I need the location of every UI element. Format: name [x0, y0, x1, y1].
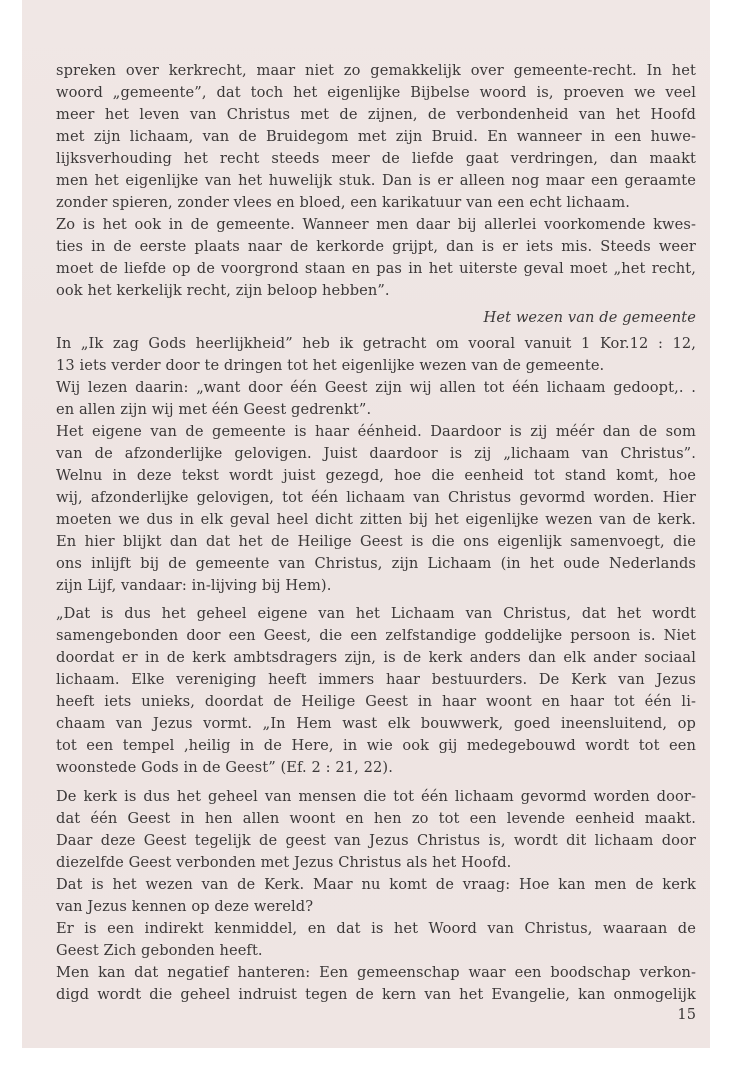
text-line: ook het kerkelijk recht, zijn beloop heb… [56, 280, 696, 302]
text-line: Het eigene van de gemeente is haar éénhe… [56, 421, 696, 443]
text-line: wij, afzonderlijke gelovigen, tot één li… [56, 487, 696, 509]
text-line: samengebonden door een Geest, die een ze… [56, 625, 696, 647]
text-line: lichaam. Elke vereniging heeft immers ha… [56, 669, 696, 691]
paragraph: Zo is het ook in de gemeente. Wanneer me… [56, 214, 696, 302]
paragraph: Wij lezen daarin: „want door één Geest z… [56, 377, 696, 421]
text-line: van de afzonderlijke gelovigen. Juist da… [56, 443, 696, 465]
text-line: met zijn lichaam, van de Bruidegom met z… [56, 126, 696, 148]
text-line: men het eigenlijke van het huwelijk stuk… [56, 170, 696, 192]
text-line: doordat er in de kerk ambtsdragers zijn,… [56, 647, 696, 669]
text-line: en allen zijn wij met één Geest gedrenkt… [56, 399, 696, 421]
text-line: Er is een indirekt kenmiddel, en dat is … [56, 918, 696, 940]
paragraph: Dat is het wezen van de Kerk. Maar nu ko… [56, 874, 696, 918]
text-line: zijn Lijf, vandaar: in-lijving bij Hem). [56, 575, 696, 597]
text-line: Geest Zich gebonden heeft. [56, 940, 696, 962]
text-line: woonstede Gods in de Geest” (Ef. 2 : 21,… [56, 757, 696, 779]
page-number: 15 [56, 1006, 696, 1023]
text-line: Wij lezen daarin: „want door één Geest z… [56, 377, 696, 399]
text-line: Zo is het ook in de gemeente. Wanneer me… [56, 214, 696, 236]
text-line: woord „gemeente”, dat toch het eigenlijk… [56, 82, 696, 104]
text-line: heeft iets unieks, doordat de Heilige Ge… [56, 691, 696, 713]
paragraph: In „Ik zag Gods heerlijkheid” heb ik get… [56, 333, 696, 377]
text-line: Men kan dat negatief hanteren: Een gemee… [56, 962, 696, 984]
text-line: „Dat is dus het geheel eigene van het Li… [56, 603, 696, 625]
text-line: chaam van Jezus vormt. „In Hem wast elk … [56, 713, 696, 735]
text-line: spreken over kerkrecht, maar niet zo gem… [56, 60, 696, 82]
text-line: digd wordt die geheel indruist tegen de … [56, 984, 696, 1006]
paragraph: Het eigene van de gemeente is haar éénhe… [56, 421, 696, 597]
text-line: De kerk is dus het geheel van mensen die… [56, 786, 696, 808]
paragraph: De kerk is dus het geheel van mensen die… [56, 786, 696, 874]
text-line: ties in de eerste plaats naar de kerkord… [56, 236, 696, 258]
text-line: meer het leven van Christus met de zijne… [56, 104, 696, 126]
text-line: 13 iets verder door te dringen tot het e… [56, 355, 696, 377]
text-line: moeten we dus in elk geval heel dicht zi… [56, 509, 696, 531]
text-line: tot een tempel ‚heilig in de Here, in wi… [56, 735, 696, 757]
text-line: moet de liefde op de voorgrond staan en … [56, 258, 696, 280]
text-line: diezelfde Geest verbonden met Jezus Chri… [56, 852, 696, 874]
text-line: En hier blijkt dan dat het de Heilige Ge… [56, 531, 696, 553]
text-line: zonder spieren, zonder vlees en bloed, e… [56, 192, 696, 214]
text-line: Dat is het wezen van de Kerk. Maar nu ko… [56, 874, 696, 896]
paragraph: Men kan dat negatief hanteren: Een gemee… [56, 962, 696, 1006]
text-line: In „Ik zag Gods heerlijkheid” heb ik get… [56, 333, 696, 355]
book-page: spreken over kerkrecht, maar niet zo gem… [22, 0, 710, 1048]
paragraph: Er is een indirekt kenmiddel, en dat is … [56, 918, 696, 962]
paragraph: „Dat is dus het geheel eigene van het Li… [56, 603, 696, 779]
text-line: van Jezus kennen op deze wereld? [56, 896, 696, 918]
text-line: ons inlijft bij de gemeente van Christus… [56, 553, 696, 575]
paragraph: spreken over kerkrecht, maar niet zo gem… [56, 60, 696, 214]
body-text: spreken over kerkrecht, maar niet zo gem… [56, 60, 696, 1006]
text-line: dat één Geest in hen allen woont en hen … [56, 808, 696, 830]
text-line: Welnu in deze tekst wordt juist gezegd, … [56, 465, 696, 487]
text-line: Daar deze Geest tegelijk de geest van Je… [56, 830, 696, 852]
text-line: lijksverhouding het recht steeds meer de… [56, 148, 696, 170]
section-heading: Het wezen van de gemeente [56, 307, 696, 329]
